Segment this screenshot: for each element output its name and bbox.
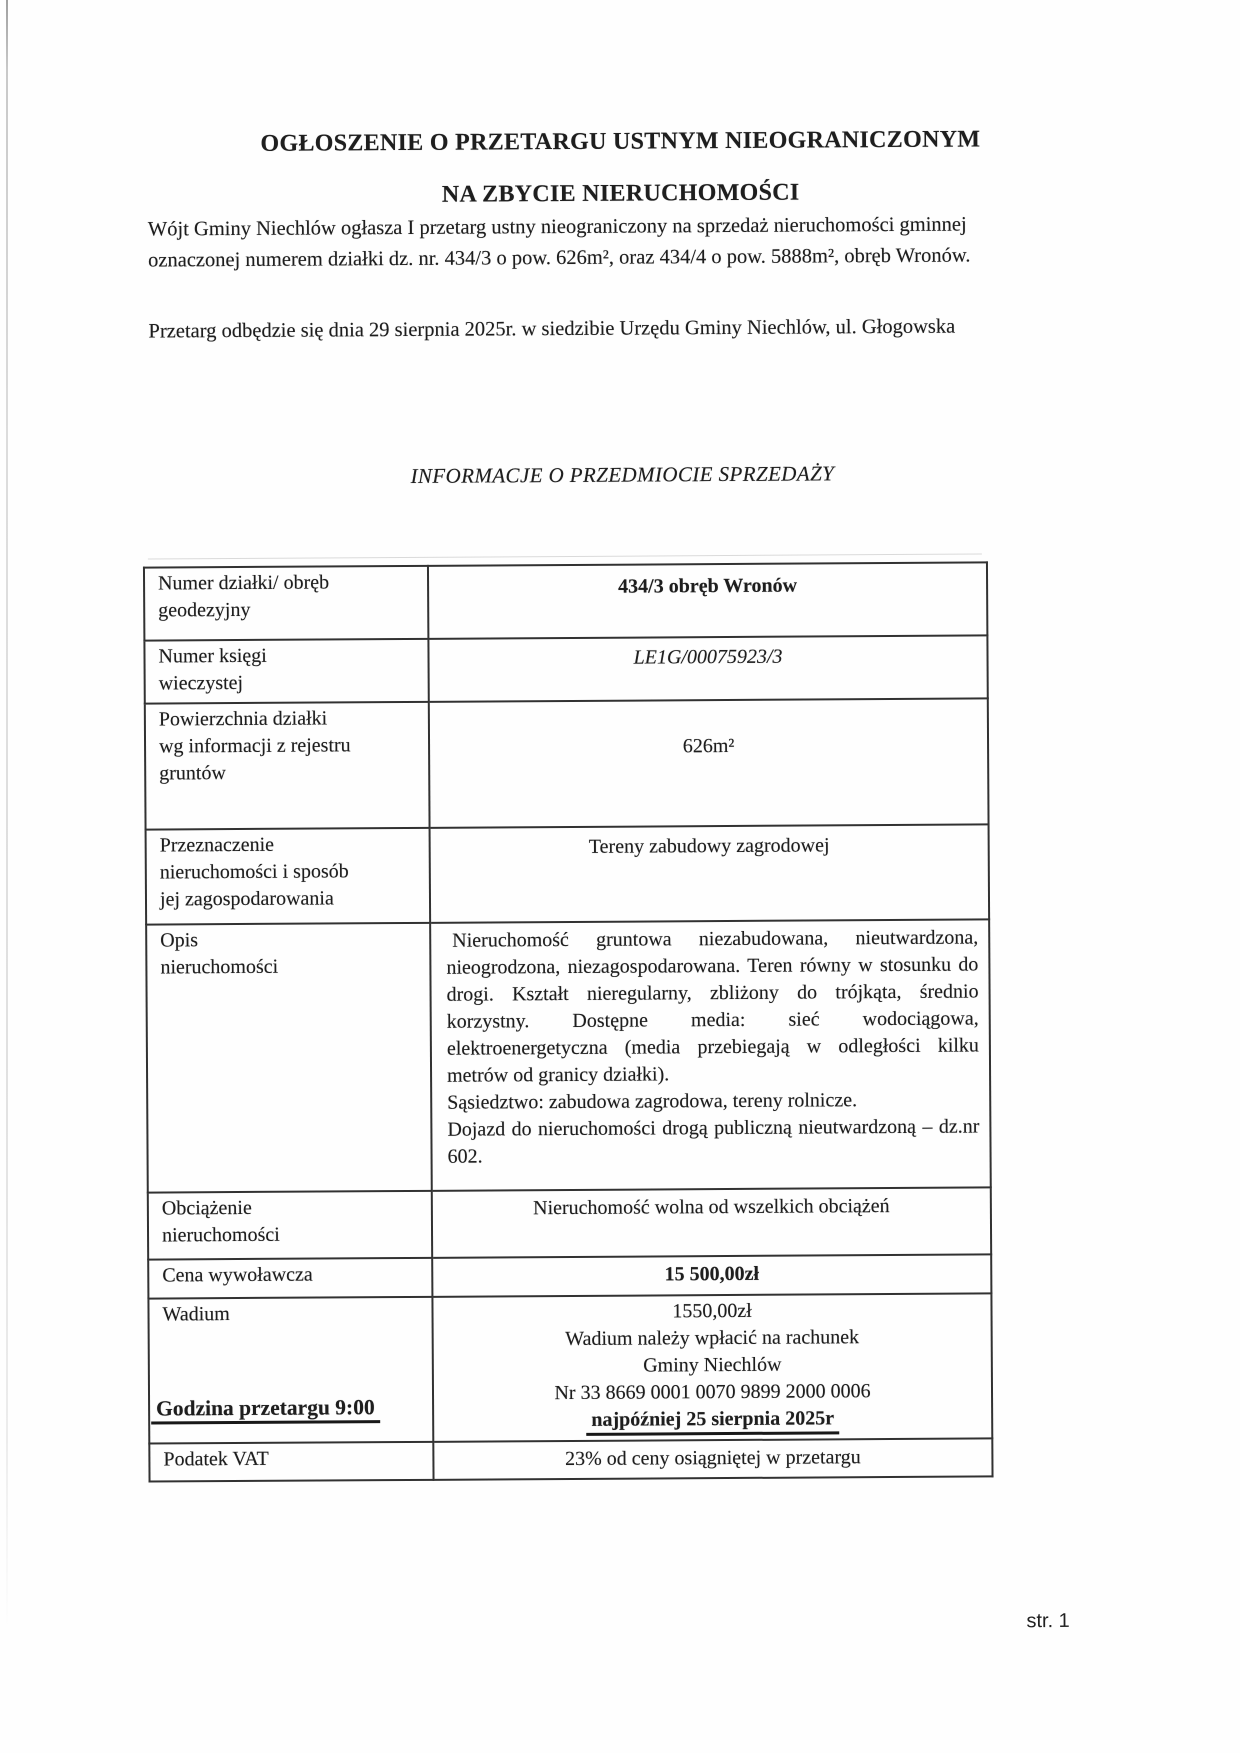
table-row-area: Powierzchnia działki wg informacji z rej… [145, 698, 989, 829]
description-paragraph-2: Sąsiedztwo: zabudowa zagrodowa, tereny r… [447, 1086, 979, 1116]
deposit-recipient: Gminy Niechlów [446, 1350, 979, 1380]
section-heading: INFORMACJE O PRZEDMIOCIE SPRZEDAŻY [142, 460, 1102, 491]
deposit-payment-info: Wadium należy wpłacić na rachunek [446, 1323, 979, 1353]
table-row-encumbrance: Obciążenie nieruchomości Nieruchomość wo… [148, 1187, 991, 1259]
table-row-plot-number: Numer działki/ obręb geodezyjny 434/3 ob… [144, 562, 987, 640]
table-row-starting-price: Cena wywoławcza 15 500,00zł [148, 1254, 991, 1298]
row-label-area: Powierzchnia działki wg informacji z rej… [145, 702, 430, 830]
auction-date-paragraph: Przetarg odbędzie się dnia 29 sierpnia 2… [148, 311, 993, 347]
property-info-table: Numer działki/ obręb geodezyjny 434/3 ob… [143, 561, 994, 1482]
deposit-amount: 1550,00zł [445, 1296, 978, 1326]
scan-smudge-artifact [148, 553, 982, 559]
row-label-designation: Przeznaczenie nieruchomości i sposób jej… [146, 828, 431, 925]
row-value-starting-price: 15 500,00zł [432, 1254, 991, 1296]
description-paragraph-1: Nieruchomość gruntowa niezabudowana, nie… [446, 924, 979, 1089]
table-row-description: Opis nieruchomości Nieruchomość gruntowa… [146, 919, 991, 1192]
row-label-encumbrance: Obciążenie nieruchomości [148, 1191, 432, 1260]
row-value-encumbrance: Nieruchomość wolna od wszelkich obciążeń [432, 1187, 991, 1257]
row-value-deposit: 1550,00zł Wadium należy wpłacić na rachu… [432, 1293, 992, 1441]
document-content: OGŁOSZENIE O PRZETARGU USTNYM NIEOGRANIC… [0, 0, 1240, 1753]
row-label-plot-number: Numer działki/ obręb geodezyjny [144, 566, 428, 641]
table-row-vat: Podatek VAT 23% od ceny osiągniętej w pr… [149, 1438, 992, 1481]
deposit-deadline: najpóźniej 25 sierpnia 2025r [446, 1404, 979, 1436]
deposit-account-number: Nr 33 8669 0001 0070 9899 2000 0006 [446, 1377, 979, 1407]
scanned-document-page: { "document": { "title_line1": "OGŁOSZEN… [0, 0, 1240, 1753]
table-row-land-register: Numer księgi wieczystej LE1G/00075923/3 [144, 635, 987, 703]
row-value-area: 626m² [429, 698, 989, 827]
intro-paragraph: Wójt Gminy Niechlów ogłasza I przetarg u… [148, 209, 993, 276]
row-value-description: Nieruchomość gruntowa niezabudowana, nie… [430, 919, 991, 1190]
row-value-land-register: LE1G/00075923/3 [428, 635, 987, 701]
row-label-description: Opis nieruchomości [146, 923, 432, 1193]
document-title: OGŁOSZENIE O PRZETARGU USTNYM NIEOGRANIC… [135, 113, 1106, 223]
row-value-designation: Tereny zabudowy zagrodowej [430, 824, 990, 922]
title-line-1: OGŁOSZENIE O PRZETARGU USTNYM NIEOGRANIC… [135, 113, 1105, 171]
description-paragraph-3: Dojazd do nieruchomości drogą publiczną … [447, 1113, 979, 1170]
auction-time-note: Godzina przetargu 9:00 [151, 1395, 380, 1424]
table-row-designation: Przeznaczenie nieruchomości i sposób jej… [146, 824, 990, 924]
row-label-vat: Podatek VAT [149, 1442, 433, 1482]
row-label-starting-price: Cena wywoławcza [148, 1258, 432, 1299]
row-value-vat: 23% od ceny osiągniętej w przetargu [433, 1438, 992, 1479]
page-number: str. 1 [1026, 1610, 1069, 1633]
deposit-deadline-text: najpóźniej 25 sierpnia 2025r [586, 1406, 839, 1436]
row-label-land-register: Numer księgi wieczystej [144, 639, 428, 704]
row-value-plot-number: 434/3 obręb Wronów [428, 562, 987, 638]
auction-time-text: Godzina przetargu 9:00 [151, 1395, 380, 1424]
